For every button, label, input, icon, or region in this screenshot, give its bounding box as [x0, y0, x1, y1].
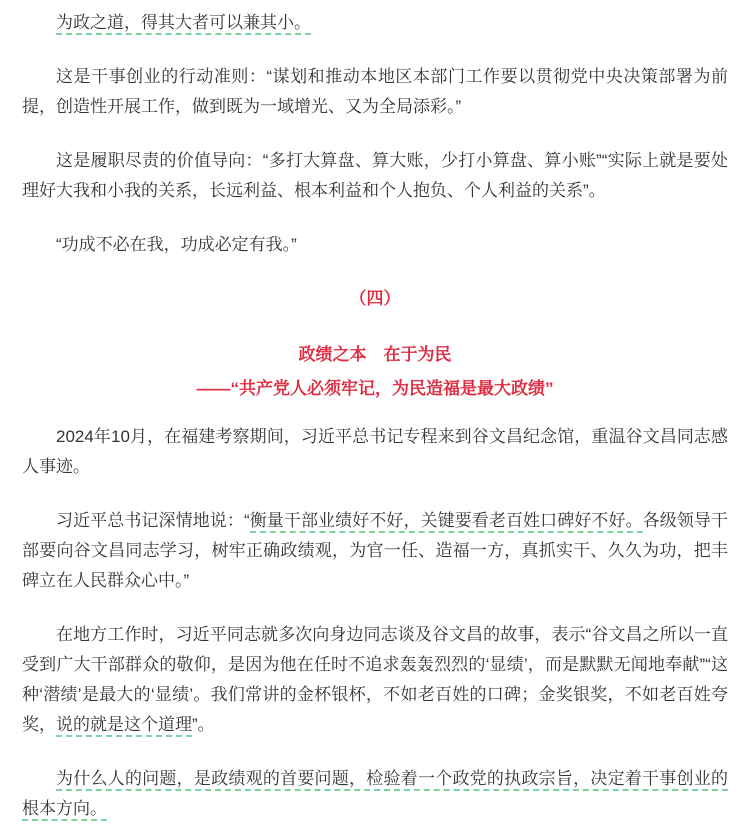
article-body: 为政之道，得其大者可以兼其小。 这是干事创业的行动准则：“谋划和推动本地区本部门… — [0, 0, 750, 824]
paragraph-text: “功成不必在我，功成必定有我。” — [56, 235, 297, 254]
paragraph-value-orientation: 这是履职尽责的价值导向：“多打大算盘、算大账，少打小算盘、算小账”“实际上就是要… — [22, 146, 728, 206]
grammar-underlined-text: 衡量干部业绩好不好，关键要看老百姓口碑好不好。 — [250, 511, 643, 533]
section-subtitle-heading: ——“共产党人必须牢记，为民造福是最大政绩” — [22, 374, 728, 404]
paragraph-quote-gongcheng: “功成不必在我，功成必定有我。” — [22, 230, 728, 260]
section-number-heading: （四） — [22, 284, 728, 314]
paragraph-text: 习近平总书记深情地说：“ — [56, 511, 250, 530]
paragraph-action-principle: 这是干事创业的行动准则：“谋划和推动本地区本部门工作要以贯彻党中央决策部署为前提… — [22, 62, 728, 122]
grammar-underlined-text: 为政之道，得其大者可以兼其小。 — [56, 13, 311, 35]
grammar-underlined-text: 说的就是这个道理 — [56, 715, 192, 737]
paragraph-closing: 为什么人的问题，是政绩观的首要问题，检验着一个政党的执政宗旨，决定着干事创业的根… — [22, 764, 728, 824]
paragraph-xi-quote: 习近平总书记深情地说：“衡量干部业绩好不好，关键要看老百姓口碑好不好。各级领导干… — [22, 506, 728, 596]
paragraph-guwenchang-story: 在地方工作时，习近平同志就多次向身边同志谈及谷文昌的故事，表示“谷文昌之所以一直… — [22, 620, 728, 740]
grammar-underlined-text: 为什么人的问题，是政绩观的首要问题，检验着一个政党的执政宗旨，决定着干事创业的根… — [22, 769, 728, 821]
paragraph-opening: 为政之道，得其大者可以兼其小。 — [22, 8, 728, 38]
paragraph-text: ”。 — [192, 715, 215, 734]
paragraph-fujian-visit: 2024年10月，在福建考察期间，习近平总书记专程来到谷文昌纪念馆，重温谷文昌同… — [22, 422, 728, 482]
paragraph-text: 这是履职尽责的价值导向：“多打大算盘、算大账，少打小算盘、算小账”“实际上就是要… — [22, 151, 728, 200]
paragraph-text: 2024年10月，在福建考察期间，习近平总书记专程来到谷文昌纪念馆，重温谷文昌同… — [22, 427, 728, 476]
paragraph-text: 这是干事创业的行动准则：“谋划和推动本地区本部门工作要以贯彻党中央决策部署为前提… — [22, 67, 728, 116]
section-title-heading: 政绩之本 在于为民 — [22, 340, 728, 370]
